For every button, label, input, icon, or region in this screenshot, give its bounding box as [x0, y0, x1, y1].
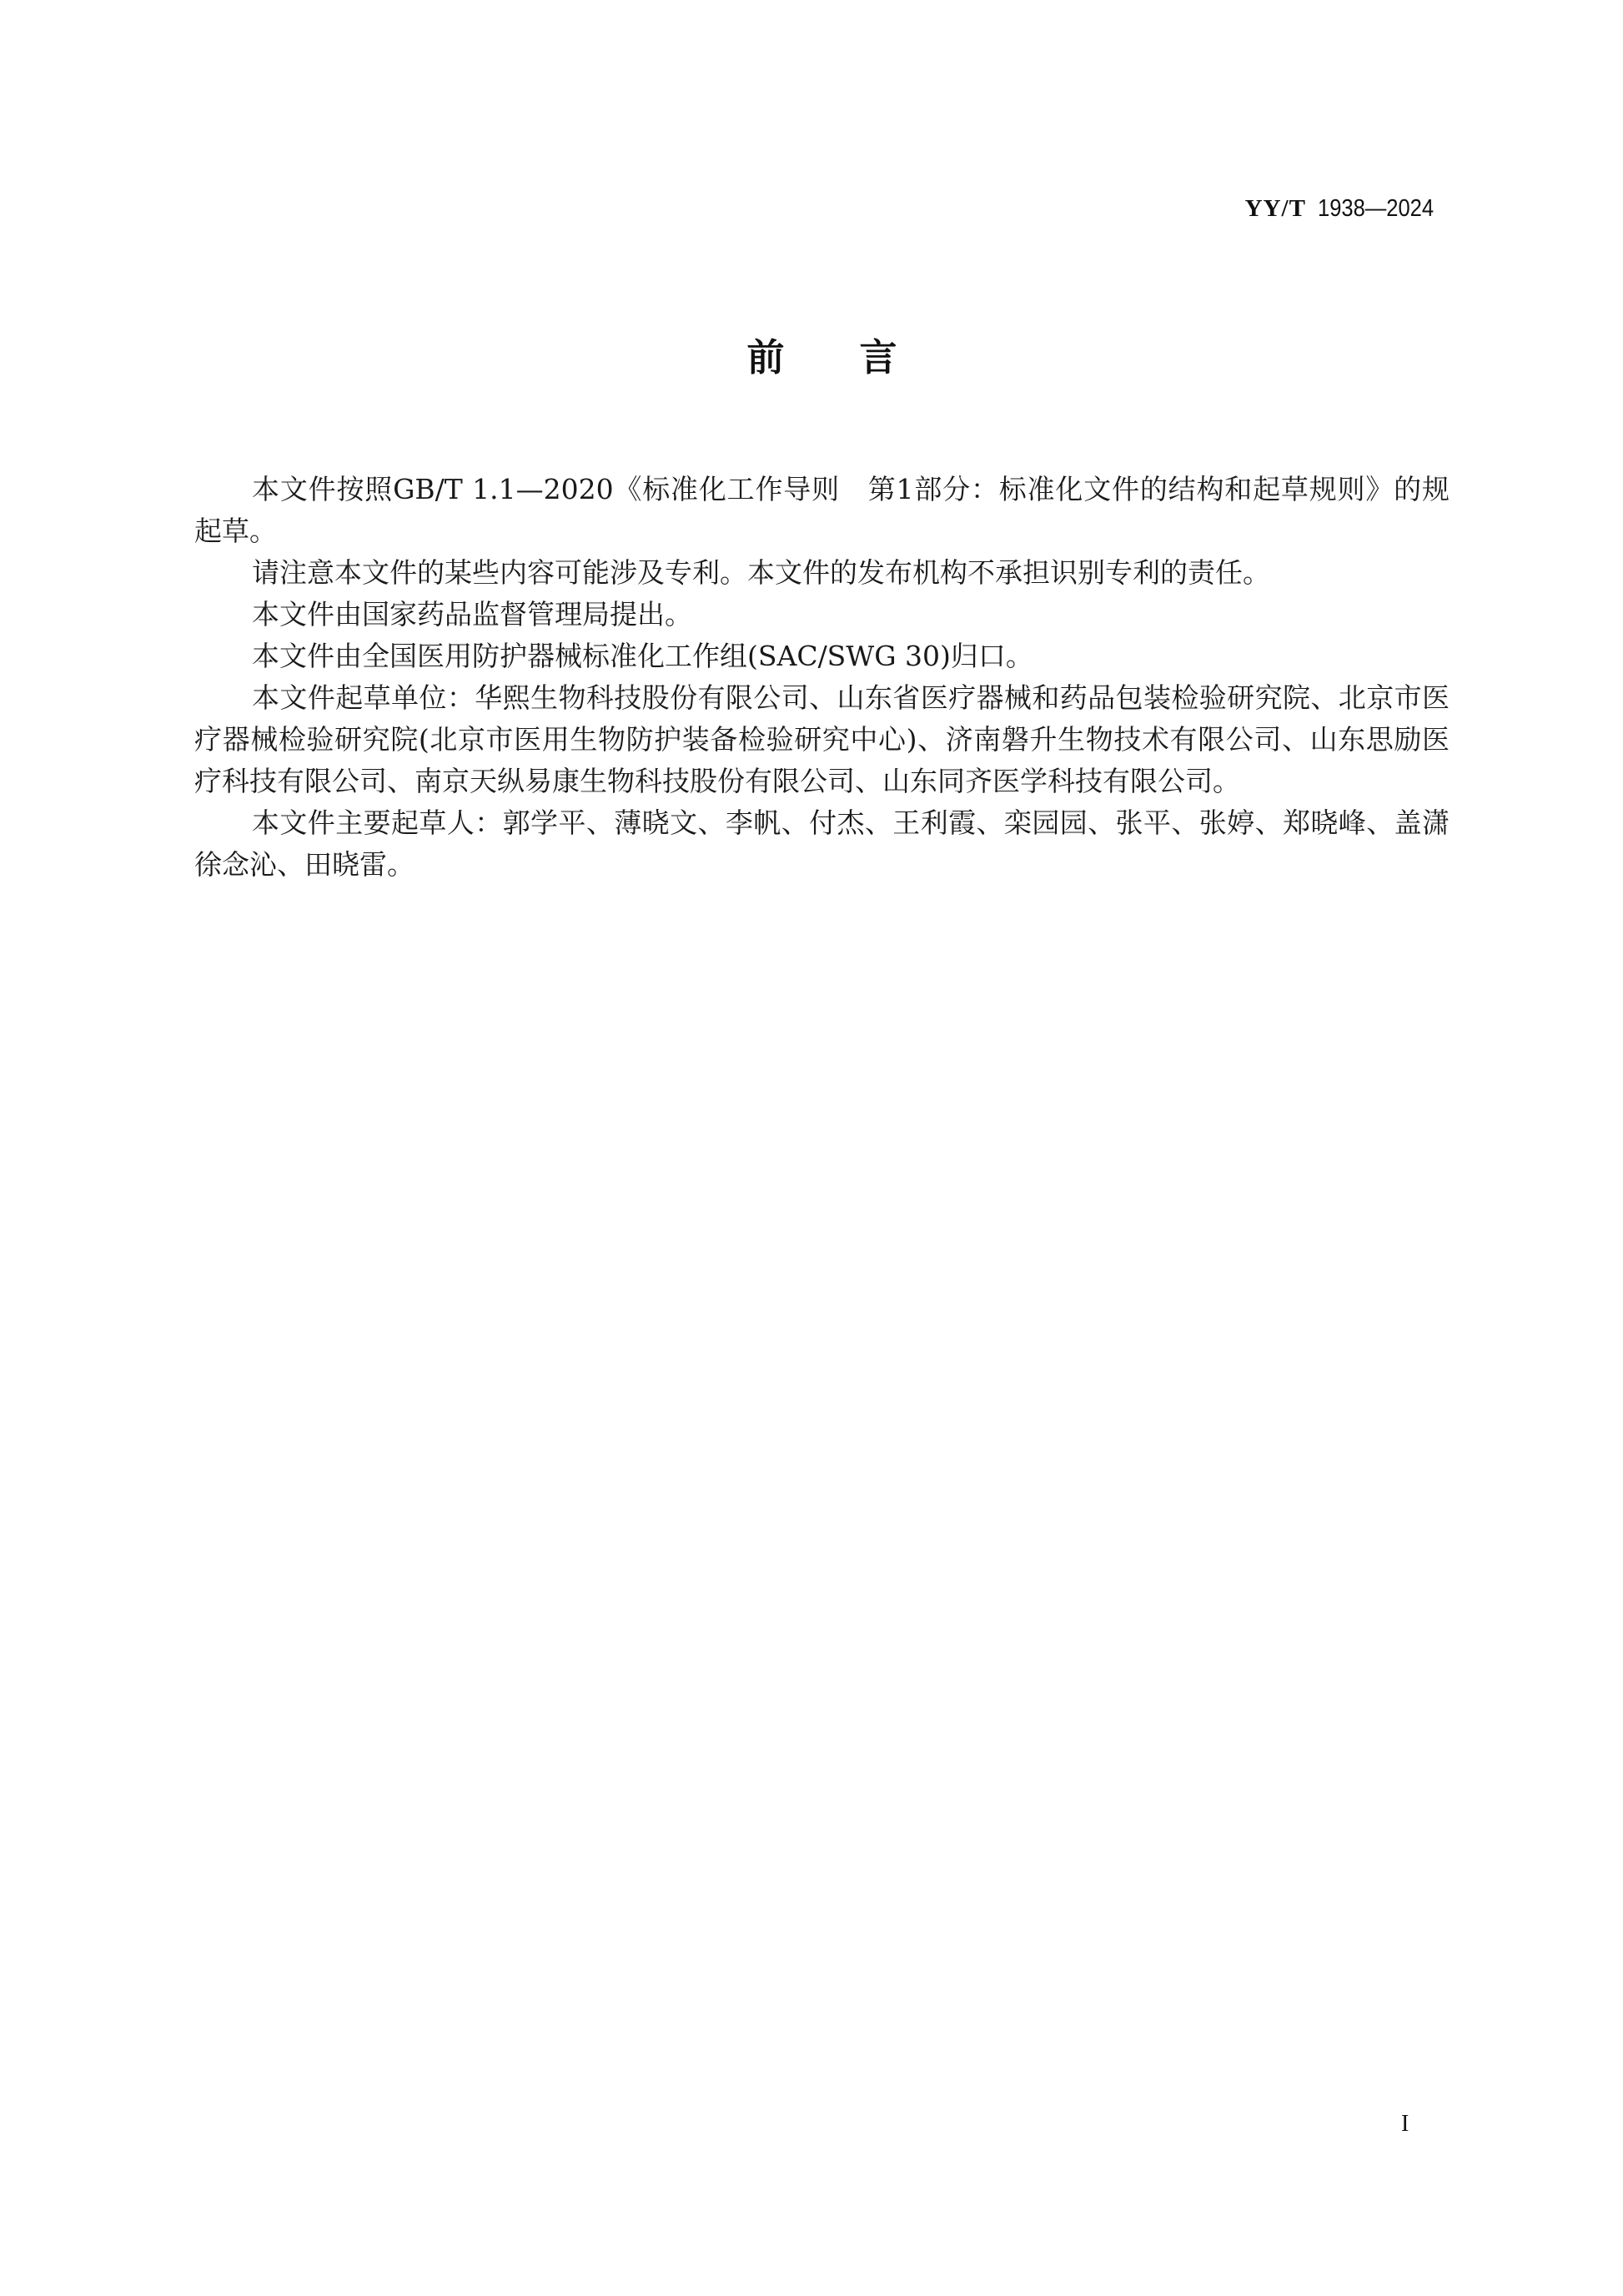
foreword-body: 本文件按照GB/T 1.1—2020《标准化工作导则 第1部分：标准化文件的结构…	[194, 469, 1450, 886]
standard-number: 1938—2024	[1318, 193, 1434, 224]
paragraph-line: 本文件主要起草人：郭学平、薄晓文、李帆、付杰、王利霞、栾园园、张平、张婷、郑晓峰…	[194, 802, 1450, 844]
standard-prefix: YY/T	[1245, 195, 1306, 222]
paragraph-line: 疗器械检验研究院(北京市医用生物防护装备检验研究中心)、济南磐升生物技术有限公司…	[194, 719, 1450, 761]
paragraph-line: 徐念沁、田晓雷。	[194, 844, 1450, 886]
paragraph-line: 本文件由国家药品监督管理局提出。	[194, 594, 1450, 636]
page-number: I	[1401, 2110, 1409, 2138]
paragraph-line: 本文件由全国医用防护器械标准化工作组(SAC/SWG 30)归口。	[194, 636, 1450, 677]
page-title: 前 言	[194, 335, 1450, 380]
paragraph-line: 本文件起草单位：华熙生物科技股份有限公司、山东省医疗器械和药品包装检验研究院、北…	[194, 677, 1450, 719]
paragraph-line: 本文件按照GB/T 1.1—2020《标准化工作导则 第1部分：标准化文件的结构…	[194, 469, 1450, 510]
paragraph-line: 起草。	[194, 510, 1450, 552]
document-page: YY/T1938—2024 前 言 本文件按照GB/T 1.1—2020《标准化…	[0, 0, 1623, 2296]
standard-code: YY/T1938—2024	[1245, 193, 1450, 224]
paragraph-line: 疗科技有限公司、南京天纵易康生物科技股份有限公司、山东同齐医学科技有限公司。	[194, 761, 1450, 802]
paragraph-line: 请注意本文件的某些内容可能涉及专利。本文件的发布机构不承担识别专利的责任。	[194, 552, 1450, 594]
